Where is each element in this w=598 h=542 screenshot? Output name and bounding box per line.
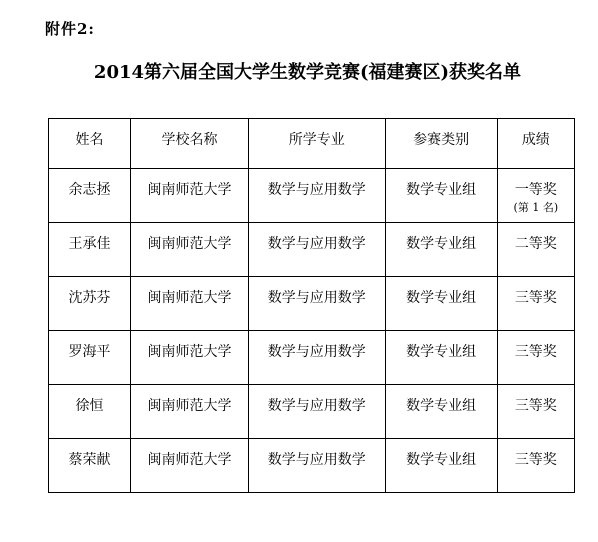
document-page: 附件2: 2014第六届全国大学生数学竞赛(福建赛区)获奖名单 姓名 学校名称 … (0, 0, 598, 542)
table-row: 徐恒 闽南师范大学 数学与应用数学 数学专业组 三等奖 (49, 385, 575, 439)
column-header-category: 参赛类别 (385, 119, 497, 169)
cell-category: 数学专业组 (385, 439, 497, 493)
cell-category: 数学专业组 (385, 385, 497, 439)
table-row: 沈苏芬 闽南师范大学 数学与应用数学 数学专业组 三等奖 (49, 277, 575, 331)
cell-name: 沈苏芬 (49, 277, 131, 331)
cell-award: 三等奖 (497, 439, 574, 493)
table-row: 蔡荣献 闽南师范大学 数学与应用数学 数学专业组 三等奖 (49, 439, 575, 493)
cell-award: 三等奖 (497, 331, 574, 385)
cell-major: 数学与应用数学 (248, 385, 385, 439)
award-text: 三等奖 (500, 289, 572, 308)
page-title: 2014第六届全国大学生数学竞赛(福建赛区)获奖名单 (40, 58, 575, 84)
column-header-award: 成绩 (497, 119, 574, 169)
table-header-row: 姓名 学校名称 所学专业 参赛类别 成绩 (49, 119, 575, 169)
cell-name: 罗海平 (49, 331, 131, 385)
award-text: 二等奖 (500, 235, 572, 254)
cell-school: 闽南师范大学 (131, 169, 249, 223)
cell-name: 蔡荣献 (49, 439, 131, 493)
cell-category: 数学专业组 (385, 331, 497, 385)
table-row: 余志拯 闽南师范大学 数学与应用数学 数学专业组 一等奖 (第 1 名) (49, 169, 575, 223)
award-text: 一等奖 (500, 181, 572, 200)
attachment-label: 附件2: (45, 18, 95, 39)
cell-major: 数学与应用数学 (248, 331, 385, 385)
cell-award: 一等奖 (第 1 名) (497, 169, 574, 223)
cell-name: 徐恒 (49, 385, 131, 439)
table-body: 余志拯 闽南师范大学 数学与应用数学 数学专业组 一等奖 (第 1 名) 王承佳… (49, 169, 575, 493)
cell-category: 数学专业组 (385, 223, 497, 277)
cell-category: 数学专业组 (385, 277, 497, 331)
cell-school: 闽南师范大学 (131, 223, 249, 277)
cell-major: 数学与应用数学 (248, 223, 385, 277)
cell-major: 数学与应用数学 (248, 169, 385, 223)
cell-school: 闽南师范大学 (131, 439, 249, 493)
table-row: 罗海平 闽南师范大学 数学与应用数学 数学专业组 三等奖 (49, 331, 575, 385)
cell-school: 闽南师范大学 (131, 385, 249, 439)
cell-major: 数学与应用数学 (248, 277, 385, 331)
award-note: (第 1 名) (500, 201, 572, 214)
column-header-major: 所学专业 (248, 119, 385, 169)
cell-name: 余志拯 (49, 169, 131, 223)
cell-award: 三等奖 (497, 277, 574, 331)
award-text: 三等奖 (500, 451, 572, 470)
cell-award: 二等奖 (497, 223, 574, 277)
column-header-name: 姓名 (49, 119, 131, 169)
award-text: 三等奖 (500, 397, 572, 416)
award-text: 三等奖 (500, 343, 572, 362)
cell-name: 王承佳 (49, 223, 131, 277)
awards-table: 姓名 学校名称 所学专业 参赛类别 成绩 余志拯 闽南师范大学 数学与应用数学 … (48, 118, 575, 493)
column-header-school: 学校名称 (131, 119, 249, 169)
cell-major: 数学与应用数学 (248, 439, 385, 493)
table-row: 王承佳 闽南师范大学 数学与应用数学 数学专业组 二等奖 (49, 223, 575, 277)
cell-award: 三等奖 (497, 385, 574, 439)
cell-school: 闽南师范大学 (131, 277, 249, 331)
cell-school: 闽南师范大学 (131, 331, 249, 385)
cell-category: 数学专业组 (385, 169, 497, 223)
